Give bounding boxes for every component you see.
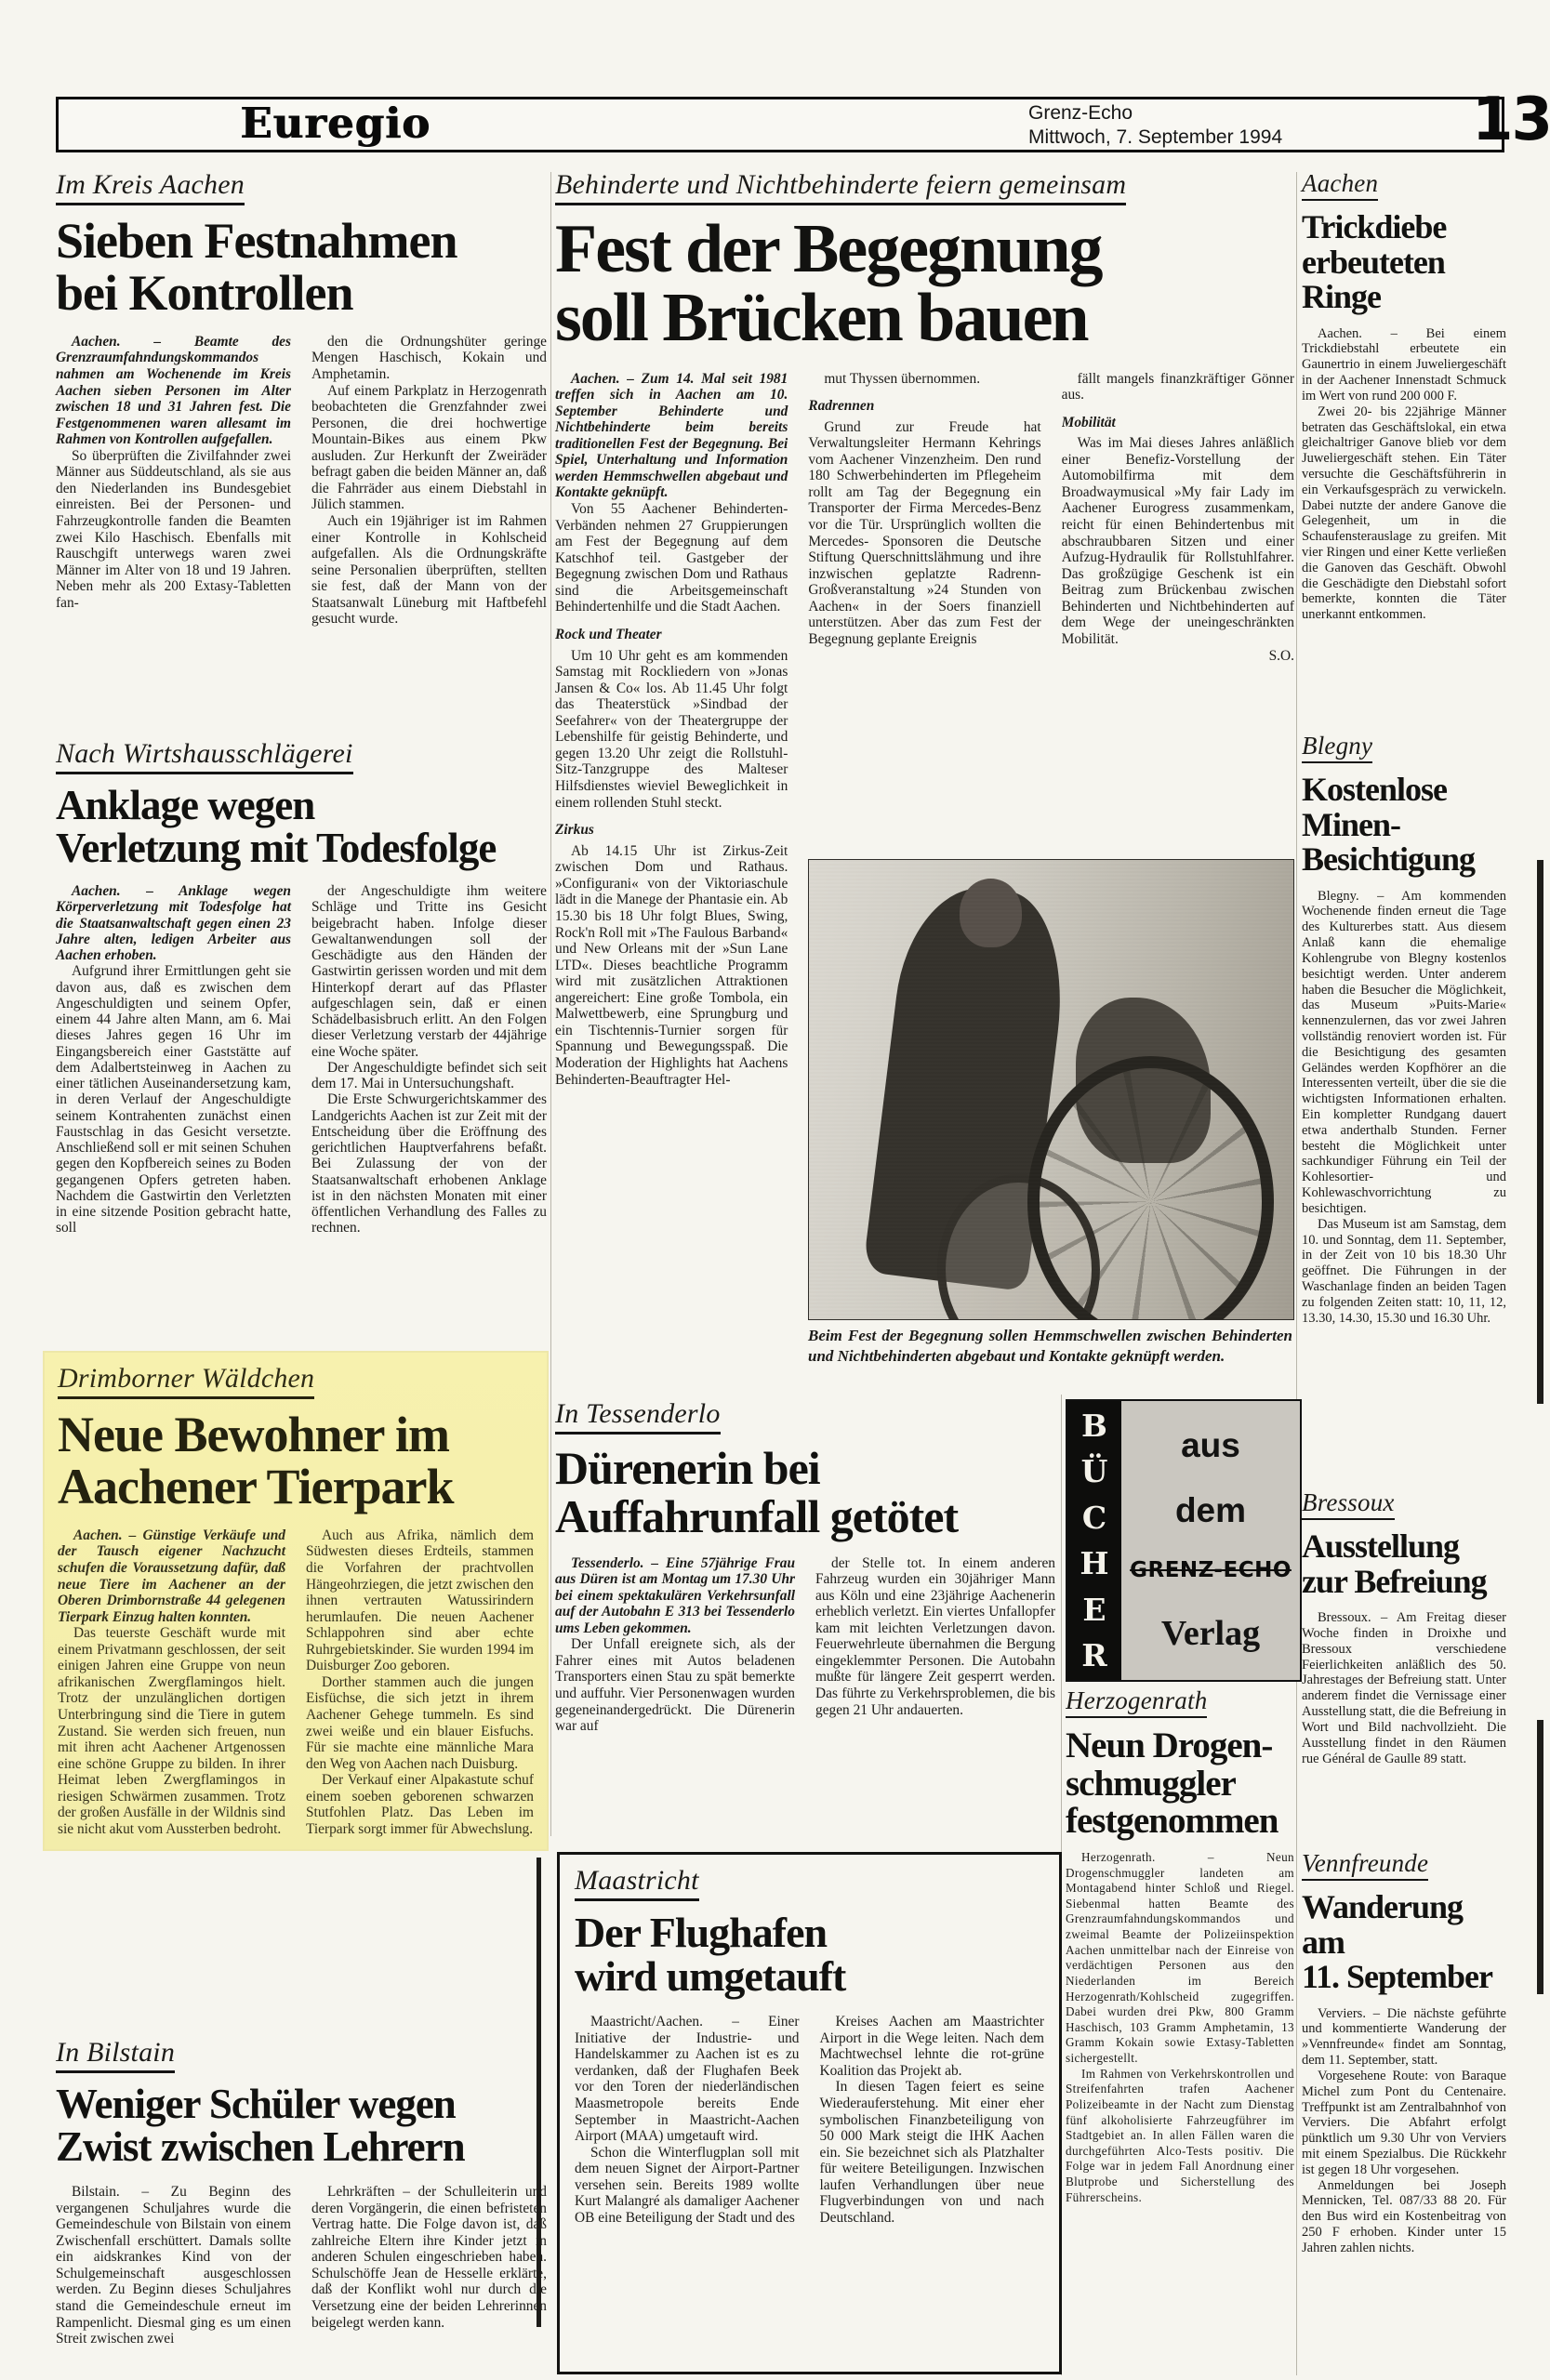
article-headline: Anklage wegen Verletzung mit Todesfolge — [56, 784, 547, 871]
ad-brand-logo: GRENZ-ECHO — [1130, 1558, 1292, 1582]
photo-grain-overlay — [809, 860, 1293, 1319]
author-initials: S.O. — [1062, 648, 1294, 665]
paragraph: Anmeldungen bei Joseph Mennicken, Tel. 0… — [1302, 2178, 1506, 2256]
article-headline: Dürenerin bei Auffahrunfall getötet — [555, 1444, 1055, 1540]
article-headline: Neue Bewohner im Aachener Tierpark — [58, 1408, 534, 1513]
article-lead: Aachen. – Beamte des Grenzraumfahndungsk… — [56, 334, 291, 448]
subhead-rock-und-theater: Rock und Theater — [555, 627, 788, 643]
text-column: der Stelle tot. In einem anderen Fahrzeu… — [815, 1555, 1055, 1735]
article-headline: Der Flughafen wird umgetauft — [575, 1911, 1044, 2000]
paragraph: Verviers. – Die nächste geführte und kom… — [1302, 2006, 1506, 2069]
article-festnahmen: Im Kreis Aachen Sieben Festnahmen bei Ko… — [56, 170, 547, 628]
article-kicker: Bressoux — [1302, 1489, 1395, 1520]
article-kicker: In Tessenderlo — [555, 1399, 721, 1435]
ad-word-aus: aus — [1181, 1428, 1240, 1462]
photo-caption: Beim Fest der Begegnung sollen Hemmschwe… — [808, 1326, 1292, 1367]
paragraph: Blegny. – Am kommenden Wochenende finden… — [1302, 889, 1506, 1217]
ad-letter: C — [1082, 1502, 1106, 1533]
subhead-mobilitaet: Mobilität — [1062, 415, 1294, 431]
paragraph: Ab 14.15 Uhr ist Zirkus-Zeit zwischen Do… — [555, 843, 788, 1088]
article-headline: Weniger Schüler wegen Zwist zwischen Leh… — [56, 2082, 547, 2170]
article-kicker: Nach Wirtshausschlägerei — [56, 739, 353, 774]
paragraph: Zwei 20- bis 22jährige Männer betraten d… — [1302, 404, 1506, 623]
article-body: Aachen. – Anklage wegen Körperverletzung… — [56, 883, 547, 1236]
article-kicker: Vennfreunde — [1302, 1850, 1428, 1881]
paragraph: Auch aus Afrika, nämlich dem Südwesten d… — [306, 1527, 534, 1674]
article-body: Blegny. – Am kommenden Wochenende finden… — [1302, 889, 1506, 1327]
ad-word-dem: dem — [1175, 1493, 1246, 1527]
article-kicker: In Bilstain — [56, 2038, 175, 2073]
article-bilstain-schueler: In Bilstain Weniger Schüler wegen Zwist … — [56, 2038, 547, 2347]
scan-edge-artifact — [1537, 1720, 1543, 1994]
ad-text-area: aus dem GRENZ-ECHO Verlag — [1121, 1401, 1300, 1680]
ad-letter: R — [1081, 1640, 1106, 1671]
paragraph: Maastricht/Aachen. – Einer Initiative de… — [575, 2014, 800, 2145]
paragraph: Von 55 Aachener Behinderten-Verbänden ne… — [555, 501, 788, 615]
article-body: Herzogenrath. – Neun Drogenschmuggler la… — [1066, 1850, 1294, 2205]
paragraph: So überprüften die Zivilfahnder zwei Män… — [56, 448, 291, 612]
section-title: Euregio — [240, 99, 431, 148]
text-column: Aachen. – Beamte des Grenzraumfahndungsk… — [56, 334, 291, 628]
paragraph: Die Erste Schwurgerichtskammer des Landg… — [311, 1091, 547, 1236]
paragraph: Auch ein 19jähriger ist im Rahmen einer … — [311, 513, 547, 628]
paragraph: Aachen. – Bei einem Trickdiebstahl erbeu… — [1302, 326, 1506, 404]
article-headline: Ausstellung zur Befreiung — [1302, 1529, 1506, 1599]
article-lead: Tessenderlo. – Eine 57jährige Frau aus D… — [555, 1555, 795, 1637]
text-column: Bilstain. – Zu Beginn des vergangenen Sc… — [56, 2184, 291, 2347]
paragraph: der Angeschuldigte ihm weitere Schläge u… — [311, 883, 547, 1060]
article-headline: Trickdiebe erbeuteten Ringe — [1302, 210, 1506, 314]
article-kicker: Im Kreis Aachen — [56, 170, 245, 205]
text-column: Aachen. – Zum 14. Mal seit 1981 treffen … — [555, 371, 788, 1089]
paragraph: Aufgrund ihrer Ermittlungen geht sie dav… — [56, 963, 291, 1236]
paragraph: Schon die Winterflugplan soll mit dem ne… — [575, 2145, 800, 2227]
article-headline: Kostenlose Minen- Besichtigung — [1302, 773, 1506, 877]
paragraph: Um 10 Uhr geht es am kommenden Samstag m… — [555, 648, 788, 812]
article-headline: Wanderung am 11. September — [1302, 1890, 1506, 1994]
ad-letter: H — [1080, 1548, 1108, 1579]
ad-grenz-echo-verlag: B Ü C H E R aus dem GRENZ-ECHO Verlag — [1066, 1399, 1302, 1682]
article-vennfreunde-wanderung: Vennfreunde Wanderung am 11. September V… — [1302, 1850, 1506, 2256]
paragraph: In diesen Tagen feiert es seine Wiederau… — [820, 2079, 1045, 2226]
text-column: der Angeschuldigte ihm weitere Schläge u… — [311, 883, 547, 1236]
ad-vertical-buecher: B Ü C H E R — [1067, 1401, 1121, 1680]
paragraph: Im Rahmen von Verkehrskontrollen und Str… — [1066, 2067, 1294, 2206]
paragraph: Das teuerste Geschäft wurde mit einem Pr… — [58, 1625, 285, 1837]
subhead-zirkus: Zirkus — [555, 822, 788, 839]
article-headline: Fest der Begegnung soll Brücken bauen — [555, 215, 1294, 352]
paper-dateline: Grenz-Echo Mittwoch, 7. September 1994 — [1028, 101, 1282, 149]
text-column: Auch aus Afrika, nämlich dem Südwesten d… — [306, 1527, 534, 1838]
ad-letter: Ü — [1081, 1456, 1108, 1487]
issue-date: Mittwoch, 7. September 1994 — [1028, 126, 1282, 150]
text-column: Kreises Aachen am Maastrichter Airport i… — [820, 2014, 1045, 2226]
paragraph: Herzogenrath. – Neun Drogenschmuggler la… — [1066, 1850, 1294, 2067]
article-kicker: Herzogenrath — [1066, 1687, 1207, 1718]
text-column: Tessenderlo. – Eine 57jährige Frau aus D… — [555, 1555, 795, 1735]
paragraph: Der Unfall ereignete sich, als der Fahre… — [555, 1636, 795, 1734]
paragraph: Lehrkräften – der Schulleiterin und dere… — [311, 2184, 547, 2331]
article-lead: Aachen. – Anklage wegen Körperverletzung… — [56, 883, 291, 963]
article-body: Bilstain. – Zu Beginn des vergangenen Sc… — [56, 2184, 547, 2347]
text-column: Lehrkräften – der Schulleiterin und dere… — [311, 2184, 547, 2347]
paragraph: Vorgesehene Route: von Baraque Michel zu… — [1302, 2069, 1506, 2178]
paragraph: Das Museum ist am Samstag, dem 10. und S… — [1302, 1217, 1506, 1327]
newspaper-page: Euregio Grenz-Echo Mittwoch, 7. Septembe… — [0, 0, 1550, 2380]
article-herzogenrath-drogen: Herzogenrath Neun Drogen- schmuggler fes… — [1066, 1687, 1294, 2375]
text-column: den die Ordnungshüter geringe Mengen Has… — [311, 334, 547, 628]
paragraph: Kreises Aachen am Maastrichter Airport i… — [820, 2014, 1045, 2079]
paragraph: fällt mangels finanzkräftiger Gönner aus… — [1062, 371, 1294, 403]
article-body: Aachen. – Bei einem Trickdiebstahl erbeu… — [1302, 326, 1506, 623]
paragraph: mut Thyssen übernommen. — [808, 371, 1040, 388]
article-kicker: Aachen — [1302, 170, 1378, 201]
paper-name: Grenz-Echo — [1028, 101, 1282, 126]
article-body: Bressoux. – Am Freitag dieser Woche find… — [1302, 1610, 1506, 1766]
article-kicker: Blegny — [1302, 733, 1372, 763]
article-anklage: Nach Wirtshausschlägerei Anklage wegen V… — [56, 739, 547, 1236]
subhead-radrennen: Radrennen — [808, 398, 1040, 415]
article-headline: Sieben Festnahmen bei Kontrollen — [56, 215, 547, 319]
text-column: Maastricht/Aachen. – Einer Initiative de… — [575, 2014, 800, 2226]
photo-fest-der-begegnung — [808, 859, 1294, 1320]
article-body: Aachen. – Beamte des Grenzraumfahndungsk… — [56, 334, 547, 628]
article-maastricht-flughafen: Maastricht Der Flughafen wird umgetauft … — [557, 1852, 1062, 2374]
paragraph: der Stelle tot. In einem anderen Fahrzeu… — [815, 1555, 1055, 1719]
ad-letter: B — [1081, 1410, 1107, 1441]
paragraph: Bressoux. – Am Freitag dieser Woche find… — [1302, 1610, 1506, 1766]
article-headline: Neun Drogen- schmuggler festgenommen — [1066, 1727, 1294, 1841]
column-rule — [1296, 172, 1297, 2375]
paragraph: Grund zur Freude hat Verwaltungsleiter H… — [808, 419, 1040, 648]
article-body: Aachen. – Günstige Verkäufe und der Taus… — [58, 1527, 534, 1838]
paragraph: Der Verkauf einer Alpakastute schuf eine… — [306, 1772, 534, 1837]
article-tessenderlo-unfall: In Tessenderlo Dürenerin bei Auffahrunfa… — [555, 1399, 1055, 1735]
text-column: mut Thyssen übernommen. Radrennen Grund … — [808, 371, 1040, 823]
article-kicker: Drimborner Wäldchen — [58, 1364, 314, 1399]
column-rule — [550, 172, 551, 1836]
paragraph: den die Ordnungshüter geringe Mengen Has… — [311, 334, 547, 383]
ad-word-verlag: Verlag — [1161, 1613, 1260, 1654]
article-body: Verviers. – Die nächste geführte und kom… — [1302, 2006, 1506, 2256]
article-body: Tessenderlo. – Eine 57jährige Frau aus D… — [555, 1555, 1055, 1735]
scan-edge-artifact — [1537, 860, 1543, 1404]
paragraph: Auf einem Parkplatz in Herzogenrath beob… — [311, 383, 547, 514]
paragraph: Bilstain. – Zu Beginn des vergangenen Sc… — [56, 2184, 291, 2347]
paragraph: Dorther stammen auch die jungen Eisfüchs… — [306, 1674, 534, 1772]
article-bressoux-ausstellung: Bressoux Ausstellung zur Befreiung Bress… — [1302, 1489, 1506, 1766]
article-kicker: Behinderte und Nichtbehinderte feiern ge… — [555, 170, 1126, 205]
paragraph: Der Angeschuldigte befindet sich seit de… — [311, 1060, 547, 1092]
paragraph: Was im Mai dieses Jahres anläßlich einer… — [1062, 435, 1294, 647]
article-kicker: Maastricht — [575, 1866, 699, 1901]
page-number: 13 — [1472, 86, 1550, 154]
text-column: Aachen. – Günstige Verkäufe und der Taus… — [58, 1527, 285, 1838]
article-lead: Aachen. – Günstige Verkäufe und der Taus… — [58, 1527, 285, 1625]
text-column: Aachen. – Anklage wegen Körperverletzung… — [56, 883, 291, 1236]
text-column: fällt mangels finanzkräftiger Gönner aus… — [1062, 371, 1294, 823]
article-body: Maastricht/Aachen. – Einer Initiative de… — [575, 2014, 1044, 2226]
article-trickdiebe: Aachen Trickdiebe erbeuteten Ringe Aache… — [1302, 170, 1506, 623]
article-blegny-minen: Blegny Kostenlose Minen- Besichtigung Bl… — [1302, 733, 1506, 1326]
ad-letter: E — [1082, 1594, 1106, 1625]
article-lead: Aachen. – Zum 14. Mal seit 1981 treffen … — [555, 371, 788, 502]
article-tierpark: Drimborner Wäldchen Neue Bewohner im Aac… — [45, 1353, 547, 1849]
